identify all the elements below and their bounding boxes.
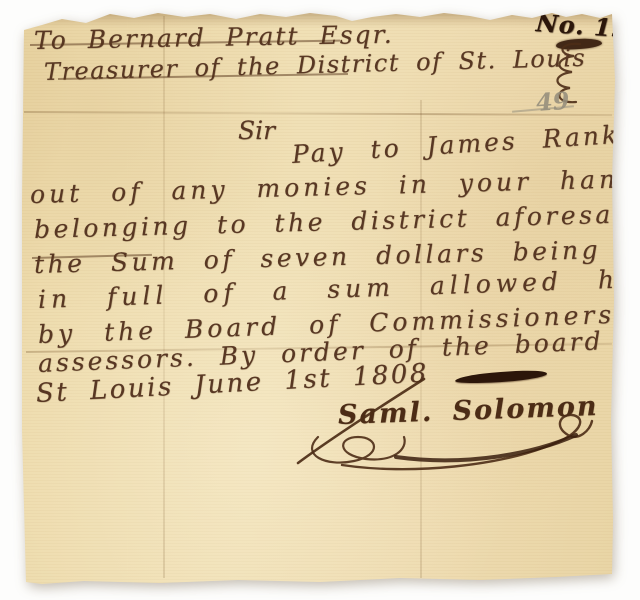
paper-document: No. 19 To Bernard Pratt Esqr. Treasurer … — [0, 0, 640, 600]
signature-flourish — [278, 375, 608, 480]
body-line-1: Pay to James Rankin — [291, 118, 640, 169]
salutation: Sir — [238, 116, 275, 145]
document-scan: No. 19 To Bernard Pratt Esqr. Treasurer … — [0, 0, 640, 600]
pencil-annotation: 49 — [535, 86, 570, 117]
fold-crease-horizontal-1 — [24, 111, 612, 116]
paper-shadow: No. 19 To Bernard Pratt Esqr. Treasurer … — [0, 0, 640, 600]
